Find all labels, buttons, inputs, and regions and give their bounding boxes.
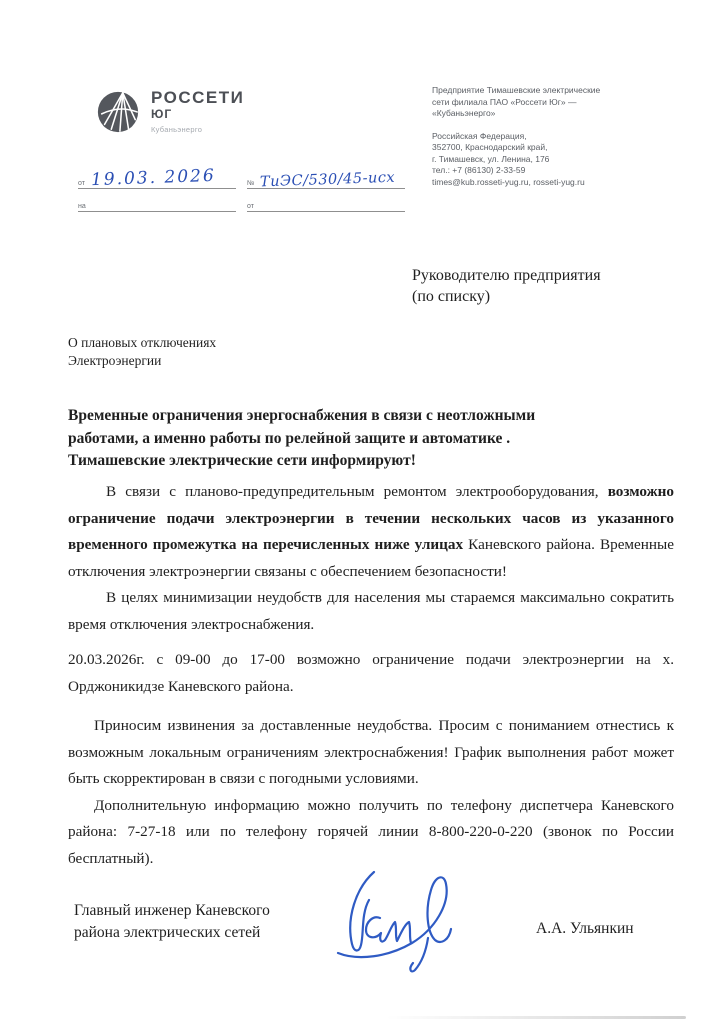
signer-name: А.А. Ульянкин [536, 920, 634, 938]
field-outgoing-date: от 19.03. 2026 [78, 160, 236, 189]
recipient-block: Руководителю предприятия (по списку) [412, 265, 601, 307]
subject-line1: О плановых отключениях [68, 334, 216, 352]
letterhead-block: Предприятие Тимашевские электрические се… [432, 85, 682, 188]
field-na: на [78, 197, 236, 212]
heading-line: Временные ограничения энергоснабжения в … [68, 405, 674, 428]
handwritten-number: ТиЭС/530/45-исх [260, 170, 396, 191]
body-paragraph-3: 20.03.2026г. с 09-00 до 17-00 возможно о… [68, 647, 674, 700]
signer-position: Главный инженер Каневского района электр… [74, 900, 270, 944]
letterhead-address-line: г. Тимашевск, ул. Ленина, 176 [432, 154, 682, 166]
field-outgoing-number: № ТиЭС/530/45-исх [247, 160, 405, 189]
field-label-ot2: от [247, 203, 254, 210]
scanned-letter-page: РОССЕТИ ЮГ Кубаньэнерго Предприятие Тима… [0, 0, 724, 1024]
letterhead-address-line: Российская Федерация, [432, 131, 682, 143]
company-logo: РОССЕТИ ЮГ Кубаньэнерго [95, 88, 244, 134]
scan-edge-artifact [386, 1016, 686, 1019]
subject-block: О плановых отключениях Электроэнергии [68, 334, 216, 370]
rosseti-globe-icon [95, 88, 141, 134]
recipient-line1: Руководителю предприятия [412, 265, 601, 286]
letterhead-company-line: сети филиала ПАО «Россети Юг» — [432, 97, 682, 109]
field-ot: от [247, 197, 405, 212]
heading-line: работами, а именно работы по релейной за… [68, 428, 674, 451]
field-label-ot: от [78, 180, 85, 187]
letterhead-phone-line: тел.: +7 (86130) 2-33-59 [432, 165, 682, 177]
body-paragraph-2: В целях минимизации неудобств для населе… [68, 585, 674, 638]
subject-line2: Электроэнергии [68, 352, 216, 370]
p1-regular1: В связи с планово-предупредительным ремо… [106, 483, 608, 500]
heading-line: Тимашевские электрические сети информиру… [68, 450, 674, 473]
signer-position-line2: района электрических сетей [74, 922, 270, 944]
logo-subsidiary: Кубаньэнерго [151, 125, 244, 134]
letter-heading: Временные ограничения энергоснабжения в … [68, 405, 674, 473]
field-label-na: на [78, 203, 86, 210]
handwritten-date: 19.03. 2026 [91, 166, 216, 190]
logo-region: ЮГ [151, 107, 244, 121]
letterhead-company-line: Предприятие Тимашевские электрические [432, 85, 682, 97]
handwritten-signature-icon [330, 856, 480, 978]
recipient-line2: (по списку) [412, 286, 601, 307]
letterhead-address-line: 352700, Краснодарский край, [432, 142, 682, 154]
letterhead-email-line: times@kub.rosseti-yug.ru, rosseti-yug.ru [432, 177, 682, 189]
logo-text: РОССЕТИ ЮГ Кубаньэнерго [151, 88, 244, 134]
logo-brand: РОССЕТИ [151, 88, 244, 107]
letter-body: В связи с планово-предупредительным ремо… [68, 479, 674, 872]
letterhead-company-line: «Кубаньэнерго» [432, 108, 682, 120]
body-paragraph-4: Приносим извинения за доставленные неудо… [68, 713, 674, 793]
field-label-number: № [247, 180, 255, 187]
body-paragraph-1: В связи с планово-предупредительным ремо… [68, 479, 674, 585]
signer-position-line1: Главный инженер Каневского [74, 900, 270, 922]
